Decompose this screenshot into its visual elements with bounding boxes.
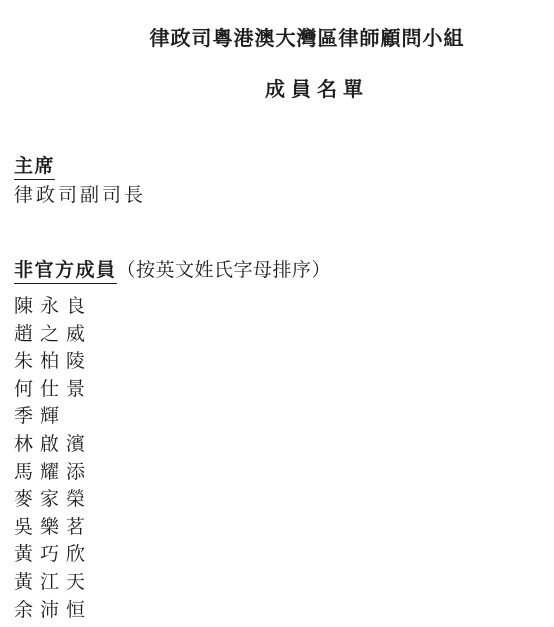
- member-name: 朱柏陵: [14, 348, 554, 376]
- document-page: 律政司粵港澳大灣區律師顧問小組 成員名單 主席 律政司副司長 非官方成員（按英文…: [0, 0, 554, 624]
- member-name: 麥家榮: [14, 486, 554, 514]
- sort-order-note: （按英文姓氏字母排序）: [117, 259, 332, 281]
- member-name: 吳樂茗: [14, 514, 554, 542]
- chairman-heading: 主席: [14, 155, 55, 180]
- member-list: 陳永良 趙之威 朱柏陵 何仕景 季輝 林啟濱 馬耀添 麥家榮 吳樂茗 黃巧欣 黃…: [14, 293, 554, 624]
- chairman-section: 主席 律政司副司長: [14, 155, 554, 206]
- document-subtitle: 成員名單: [14, 78, 554, 101]
- document-title: 律政司粵港澳大灣區律師顧問小組: [14, 0, 554, 50]
- member-name: 趙之威: [14, 321, 554, 349]
- non-official-members-section: 非官方成員（按英文姓氏字母排序） 陳永良 趙之威 朱柏陵 何仕景 季輝 林啟濱 …: [14, 259, 554, 624]
- non-official-heading: 非官方成員: [14, 259, 117, 284]
- chairman-member: 律政司副司長: [14, 184, 554, 206]
- member-name: 林啟濱: [14, 431, 554, 459]
- member-name: 陳永良: [14, 293, 554, 321]
- member-name: 何仕景: [14, 376, 554, 404]
- member-name: 馬耀添: [14, 459, 554, 487]
- member-name: 黃巧欣: [14, 541, 554, 569]
- member-name: 余沛恒: [14, 597, 554, 625]
- member-name: 黃江天: [14, 569, 554, 597]
- member-name: 季輝: [14, 403, 554, 431]
